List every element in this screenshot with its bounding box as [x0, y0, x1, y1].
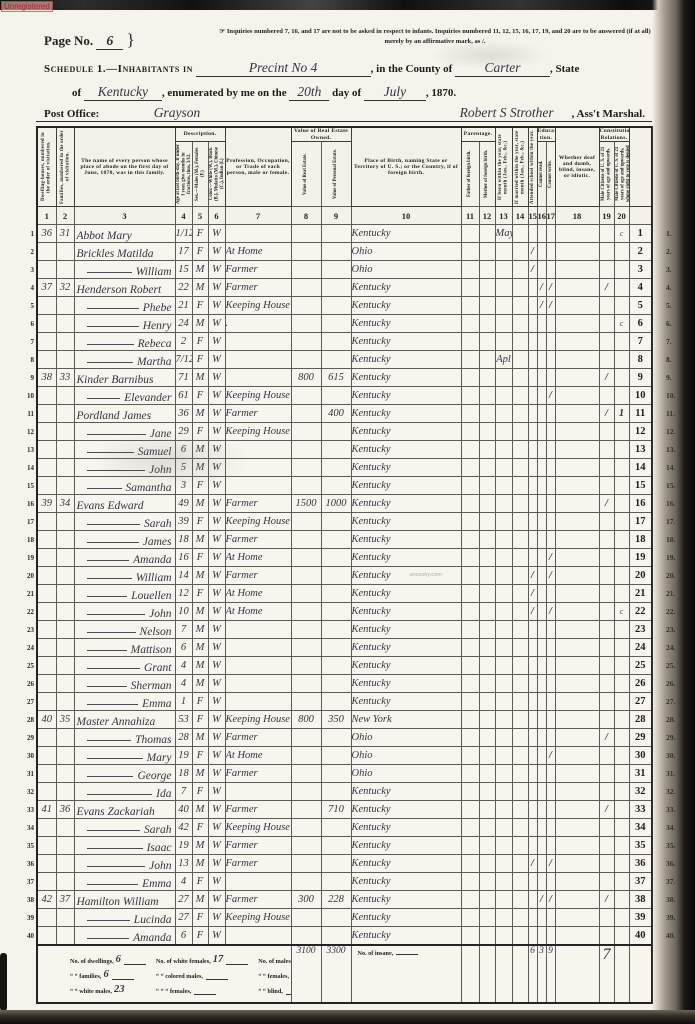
- cell-c15: [528, 513, 537, 531]
- cell-c17: /: [546, 567, 555, 585]
- cell-c13: [495, 531, 512, 549]
- cell-ln: 19: [629, 549, 652, 567]
- cell-c16: [537, 693, 546, 711]
- cell-pe: [321, 603, 351, 621]
- cell-dw: [37, 423, 56, 441]
- cell-fam: [56, 819, 74, 837]
- cell-c11: [461, 819, 479, 837]
- cell-pe: [321, 351, 351, 369]
- cell-c20: [614, 441, 629, 459]
- cell-name: Nelson: [74, 621, 175, 639]
- footer-summary-row: No. of dwellings,6 “ “ families,6 “ “ wh…: [37, 945, 652, 1003]
- cell-c14: [512, 567, 528, 585]
- cell-c13: [495, 657, 512, 675]
- cell-ln: 28: [629, 711, 652, 729]
- cell-sex: F: [192, 927, 208, 946]
- cell-age: 28: [175, 729, 192, 747]
- cell-ln: 13: [629, 441, 652, 459]
- cell-c19: /: [599, 729, 614, 747]
- cell-pe: 350: [321, 711, 351, 729]
- margin-line-number: 3: [24, 266, 34, 274]
- cell-re: [291, 387, 321, 405]
- table-row: Elevander61FWKeeping HouseKentucky/10: [37, 387, 652, 405]
- cell-bp: Kentucky: [351, 477, 461, 495]
- cell-pe: [321, 639, 351, 657]
- table-row: Nelson7MWKentucky23: [37, 621, 652, 639]
- cell-c18: [555, 387, 599, 405]
- cell-c15: /: [528, 585, 537, 603]
- cell-c16: [537, 243, 546, 261]
- cell-re: 800: [291, 369, 321, 387]
- cell-c14: [512, 279, 528, 297]
- cell-name: Emma: [74, 693, 175, 711]
- cell-pe: [321, 729, 351, 747]
- cell-pe: [321, 837, 351, 855]
- cell-c18: [555, 459, 599, 477]
- cell-c18: [555, 423, 599, 441]
- cell-c13: May: [495, 225, 512, 243]
- cell-c16: [537, 369, 546, 387]
- cell-dw: [37, 261, 56, 279]
- cell-c19: [599, 513, 614, 531]
- margin-line-number: 29: [24, 734, 34, 742]
- col14-header: If married within the year, state month …: [512, 127, 528, 207]
- cell-c13: [495, 873, 512, 891]
- edge-line-number: 24.: [666, 643, 675, 652]
- cell-c12: [479, 639, 495, 657]
- footer-tallies: No. of dwellings,6 “ “ families,6 “ “ wh…: [37, 945, 291, 1003]
- cell-c12: [479, 855, 495, 873]
- cell-c20: [614, 693, 629, 711]
- cell-c19: [599, 819, 614, 837]
- cell-name: Louellen: [74, 585, 175, 603]
- cell-bp: Kentucky: [351, 315, 461, 333]
- cell-occ: [225, 927, 291, 946]
- cell-c15: [528, 657, 537, 675]
- edge-line-number: 4.: [666, 283, 672, 292]
- cell-bp: Ohio: [351, 765, 461, 783]
- cell-c14: [512, 675, 528, 693]
- edge-line-number: 1.: [666, 229, 672, 238]
- cell-bp: Kentucky: [351, 513, 461, 531]
- cell-bp: Kentucky: [351, 225, 461, 243]
- cell-c18: [555, 243, 599, 261]
- edge-line-number: 20.: [666, 571, 675, 580]
- cell-age: 27: [175, 891, 192, 909]
- cell-col: W: [208, 567, 225, 585]
- cell-c18: [555, 657, 599, 675]
- cell-age: 18: [175, 765, 192, 783]
- cell-sex: F: [192, 243, 208, 261]
- cell-c15: [528, 909, 537, 927]
- cell-col: W: [208, 693, 225, 711]
- cell-c17: [546, 423, 555, 441]
- cell-c11: [461, 279, 479, 297]
- cell-fam: [56, 927, 74, 946]
- cell-c19: [599, 333, 614, 351]
- cell-pe: [321, 387, 351, 405]
- cell-name: Ida: [74, 783, 175, 801]
- cell-occ: Farmer: [225, 729, 291, 747]
- cell-fam: 36: [56, 801, 74, 819]
- cell-sex: F: [192, 909, 208, 927]
- cell-c19: [599, 477, 614, 495]
- cell-re: [291, 585, 321, 603]
- cell-c17: /: [546, 279, 555, 297]
- cell-c17: [546, 351, 555, 369]
- dayof-label: day of: [332, 87, 361, 99]
- cell-re: [291, 621, 321, 639]
- cell-bp: Kentucky: [351, 549, 461, 567]
- cell-c20: [614, 261, 629, 279]
- cell-age: 27: [175, 909, 192, 927]
- cell-sex: F: [192, 297, 208, 315]
- cell-c19: /: [599, 801, 614, 819]
- cell-c15: /: [528, 603, 537, 621]
- footer-cannot-write-total: 9: [546, 945, 555, 1003]
- cell-bp: Kentucky: [351, 873, 461, 891]
- cell-bp: Kentucky: [351, 369, 461, 387]
- cell-occ: Farmer: [225, 279, 291, 297]
- month-value: July: [384, 84, 407, 99]
- cell-c13: [495, 297, 512, 315]
- cell-c20: [614, 297, 629, 315]
- margin-line-number: 34: [24, 824, 34, 832]
- cell-re: [291, 243, 321, 261]
- cell-c19: [599, 639, 614, 657]
- cell-c19: [599, 531, 614, 549]
- cell-re: [291, 657, 321, 675]
- cell-c19: [599, 657, 614, 675]
- cell-sex: M: [192, 279, 208, 297]
- cell-c11: [461, 747, 479, 765]
- cell-c11: [461, 927, 479, 946]
- cell-occ: Farmer: [225, 765, 291, 783]
- cell-ln: 32: [629, 783, 652, 801]
- margin-line-number: 40: [24, 932, 34, 940]
- cell-bp: Kentucky: [351, 909, 461, 927]
- footer-insane: No. of insane,: [351, 945, 461, 1003]
- table-row: Amanda6FWKentucky40: [37, 927, 652, 946]
- cell-c16: /: [537, 279, 546, 297]
- cell-c20: c: [614, 603, 629, 621]
- cell-sex: F: [192, 693, 208, 711]
- cell-col: W: [208, 405, 225, 423]
- cell-c12: [479, 747, 495, 765]
- cell-c16: [537, 639, 546, 657]
- cell-pe: [321, 279, 351, 297]
- edge-line-number: 6.: [666, 319, 672, 328]
- cell-c15: [528, 279, 537, 297]
- footer-real-estate-total: 3100: [291, 945, 321, 1003]
- cell-fam: [56, 909, 74, 927]
- footer-citizens-total: 7: [599, 945, 614, 1003]
- cell-c17: [546, 459, 555, 477]
- cell-ln: 25: [629, 657, 652, 675]
- cell-c13: [495, 837, 512, 855]
- cell-c15: /: [528, 855, 537, 873]
- cell-c11: [461, 855, 479, 873]
- cell-re: [291, 909, 321, 927]
- cell-fam: [56, 783, 74, 801]
- cell-dw: 40: [37, 711, 56, 729]
- edge-line-number: 3.: [666, 265, 672, 274]
- cell-bp: Kentucky: [351, 459, 461, 477]
- col3-header: The name of every person whose place of …: [74, 127, 175, 207]
- cell-c20: [614, 657, 629, 675]
- schedule-line2: of Kentucky, enumerated by me on the 20t…: [72, 84, 645, 101]
- cell-age: 10: [175, 603, 192, 621]
- cell-c11: [461, 711, 479, 729]
- cell-c14: [512, 729, 528, 747]
- cell-c12: [479, 333, 495, 351]
- cell-age: 40: [175, 801, 192, 819]
- cell-pe: [321, 513, 351, 531]
- cell-pe: [321, 585, 351, 603]
- cell-pe: [321, 693, 351, 711]
- cell-sex: M: [192, 855, 208, 873]
- cell-c19: [599, 441, 614, 459]
- cell-ln: 38: [629, 891, 652, 909]
- cell-c17: [546, 909, 555, 927]
- cell-age: 16: [175, 549, 192, 567]
- cell-c11: [461, 657, 479, 675]
- cell-fam: [56, 459, 74, 477]
- cell-c13: [495, 711, 512, 729]
- cell-c16: /: [537, 297, 546, 315]
- cell-c14: [512, 423, 528, 441]
- cell-occ: [225, 351, 291, 369]
- cell-c12: [479, 513, 495, 531]
- cell-dw: [37, 765, 56, 783]
- cell-c17: [546, 495, 555, 513]
- cell-ln: 17: [629, 513, 652, 531]
- cell-c18: [555, 513, 599, 531]
- margin-line-number: 27: [24, 698, 34, 706]
- cell-pe: [321, 315, 351, 333]
- table-row: Brickles Matilda17FWAt HomeOhio/2: [37, 243, 652, 261]
- cell-c18: [555, 405, 599, 423]
- cell-sex: M: [192, 837, 208, 855]
- cell-occ: .: [225, 315, 291, 333]
- cell-age: 14: [175, 567, 192, 585]
- cell-dw: [37, 297, 56, 315]
- cell-c13: [495, 819, 512, 837]
- table-row: Martha7/12FWKentuckyApl8: [37, 351, 652, 369]
- col20-header: Male Citizens of U. S. of 21 years of ag…: [614, 142, 629, 207]
- cell-c12: [479, 279, 495, 297]
- cell-dw: [37, 675, 56, 693]
- cell-col: W: [208, 621, 225, 639]
- cell-c19: [599, 567, 614, 585]
- cell-age: 12: [175, 585, 192, 603]
- cell-c16: [537, 225, 546, 243]
- table-row: 3833Kinder Barnibus71MW800615Kentucky/9: [37, 369, 652, 387]
- cell-c16: [537, 675, 546, 693]
- cell-ln: 6: [629, 315, 652, 333]
- cell-sex: M: [192, 891, 208, 909]
- cell-name: Brickles Matilda: [74, 243, 175, 261]
- cell-c16: [537, 405, 546, 423]
- cell-col: W: [208, 765, 225, 783]
- cell-c16: [537, 351, 546, 369]
- cell-c18: [555, 891, 599, 909]
- cell-c11: [461, 531, 479, 549]
- cell-c17: [546, 477, 555, 495]
- cell-c14: [512, 297, 528, 315]
- cell-c19: [599, 261, 614, 279]
- cell-occ: Farmer: [225, 891, 291, 909]
- cell-pe: [321, 459, 351, 477]
- margin-line-number: 25: [24, 662, 34, 670]
- cell-c19: [599, 783, 614, 801]
- cell-dw: [37, 657, 56, 675]
- cell-c18: [555, 639, 599, 657]
- margin-line-number: 4: [24, 284, 34, 292]
- cell-occ: [225, 783, 291, 801]
- cell-c20: [614, 855, 629, 873]
- cell-c11: [461, 351, 479, 369]
- cell-c15: [528, 927, 537, 946]
- page-no-value: 6: [96, 34, 123, 50]
- cell-name: George: [74, 765, 175, 783]
- col15-header: Attended school within the year.: [528, 127, 537, 207]
- cell-col: W: [208, 711, 225, 729]
- cell-c17: [546, 441, 555, 459]
- cell-occ: Farmer: [225, 801, 291, 819]
- cell-c12: [479, 783, 495, 801]
- cell-bp: Kentucky: [351, 891, 461, 909]
- cell-sex: M: [192, 603, 208, 621]
- cell-col: W: [208, 333, 225, 351]
- cell-c14: [512, 621, 528, 639]
- cell-col: W: [208, 369, 225, 387]
- cell-col: W: [208, 747, 225, 765]
- cell-c20: [614, 243, 629, 261]
- cell-c11: [461, 459, 479, 477]
- cell-name: Lucinda: [74, 909, 175, 927]
- cell-c13: [495, 477, 512, 495]
- cell-age: 15: [175, 261, 192, 279]
- cell-c13: [495, 333, 512, 351]
- edge-line-number: 28.: [666, 715, 675, 724]
- edge-line-number: 21.: [666, 589, 675, 598]
- cell-ln: 20: [629, 567, 652, 585]
- cell-c18: [555, 585, 599, 603]
- table-row: 4237Hamilton William27MWFarmer300228Kent…: [37, 891, 652, 909]
- cell-sex: F: [192, 711, 208, 729]
- cell-c20: [614, 711, 629, 729]
- cell-bp: Kentucky: [351, 423, 461, 441]
- cell-col: W: [208, 891, 225, 909]
- cell-dw: 37: [37, 279, 56, 297]
- cell-c19: [599, 243, 614, 261]
- cell-c16: [537, 729, 546, 747]
- cell-c12: [479, 657, 495, 675]
- cell-re: [291, 297, 321, 315]
- cell-c18: [555, 747, 599, 765]
- cell-c19: [599, 711, 614, 729]
- table-row: Pordland James36MWFarmer400Kentucky/111: [37, 405, 652, 423]
- col16-header: Cannot read.: [537, 142, 546, 207]
- cell-name: Thomas: [74, 729, 175, 747]
- cell-c19: [599, 297, 614, 315]
- cell-bp: Kentucky: [351, 585, 461, 603]
- cell-c18: [555, 441, 599, 459]
- cell-c17: [546, 693, 555, 711]
- cell-sex: M: [192, 801, 208, 819]
- cell-c15: [528, 891, 537, 909]
- cell-c11: [461, 693, 479, 711]
- cell-c12: [479, 423, 495, 441]
- cell-c11: [461, 639, 479, 657]
- cell-c13: [495, 675, 512, 693]
- cell-c16: [537, 855, 546, 873]
- cell-c13: [495, 639, 512, 657]
- table-row: Louellen12FWAt HomeKentucky/21: [37, 585, 652, 603]
- cell-c12: [479, 765, 495, 783]
- cell-occ: Farmer: [225, 495, 291, 513]
- cell-c20: [614, 729, 629, 747]
- cell-c13: [495, 855, 512, 873]
- top-rule: [36, 121, 652, 122]
- cell-c19: [599, 585, 614, 603]
- cell-c14: [512, 369, 528, 387]
- cell-c17: [546, 657, 555, 675]
- cell-occ: Farmer: [225, 531, 291, 549]
- cell-c18: [555, 225, 599, 243]
- cell-bp: Ohio: [351, 747, 461, 765]
- cell-c15: [528, 297, 537, 315]
- cell-occ: [225, 225, 291, 243]
- cell-fam: [56, 657, 74, 675]
- cell-col: W: [208, 729, 225, 747]
- schedule-label: Schedule 1.—Inhabitants in: [44, 63, 193, 75]
- cell-sex: M: [192, 531, 208, 549]
- cell-c12: [479, 495, 495, 513]
- cell-c16: [537, 477, 546, 495]
- table-row: John10MWAt HomeKentucky//c22: [37, 603, 652, 621]
- col13-header: If born within the year, state month (Ja…: [495, 127, 512, 207]
- cell-occ: Keeping House: [225, 909, 291, 927]
- edge-line-number: 25.: [666, 661, 675, 670]
- group-education: Educa-tion.: [537, 127, 555, 142]
- cell-name: Sarah: [74, 513, 175, 531]
- cell-occ: [225, 675, 291, 693]
- cell-c11: [461, 675, 479, 693]
- cell-pe: [321, 909, 351, 927]
- cell-c20: [614, 549, 629, 567]
- cell-re: [291, 603, 321, 621]
- cell-c15: [528, 801, 537, 819]
- table-row: Thomas28MWFarmerOhio/29: [37, 729, 652, 747]
- cell-re: [291, 279, 321, 297]
- edge-line-number: 7.: [666, 337, 672, 346]
- cell-c19: [599, 315, 614, 333]
- table-row: Grant4MWKentucky25: [37, 657, 652, 675]
- cell-c15: [528, 711, 537, 729]
- cell-col: W: [208, 657, 225, 675]
- cell-c14: [512, 765, 528, 783]
- footer-cannot-read-total: 3: [537, 945, 546, 1003]
- cell-fam: 34: [56, 495, 74, 513]
- cell-c16: [537, 261, 546, 279]
- cell-c12: [479, 297, 495, 315]
- cell-dw: [37, 405, 56, 423]
- cell-c18: [555, 603, 599, 621]
- margin-line-number: 37: [24, 878, 34, 886]
- cell-fam: [56, 243, 74, 261]
